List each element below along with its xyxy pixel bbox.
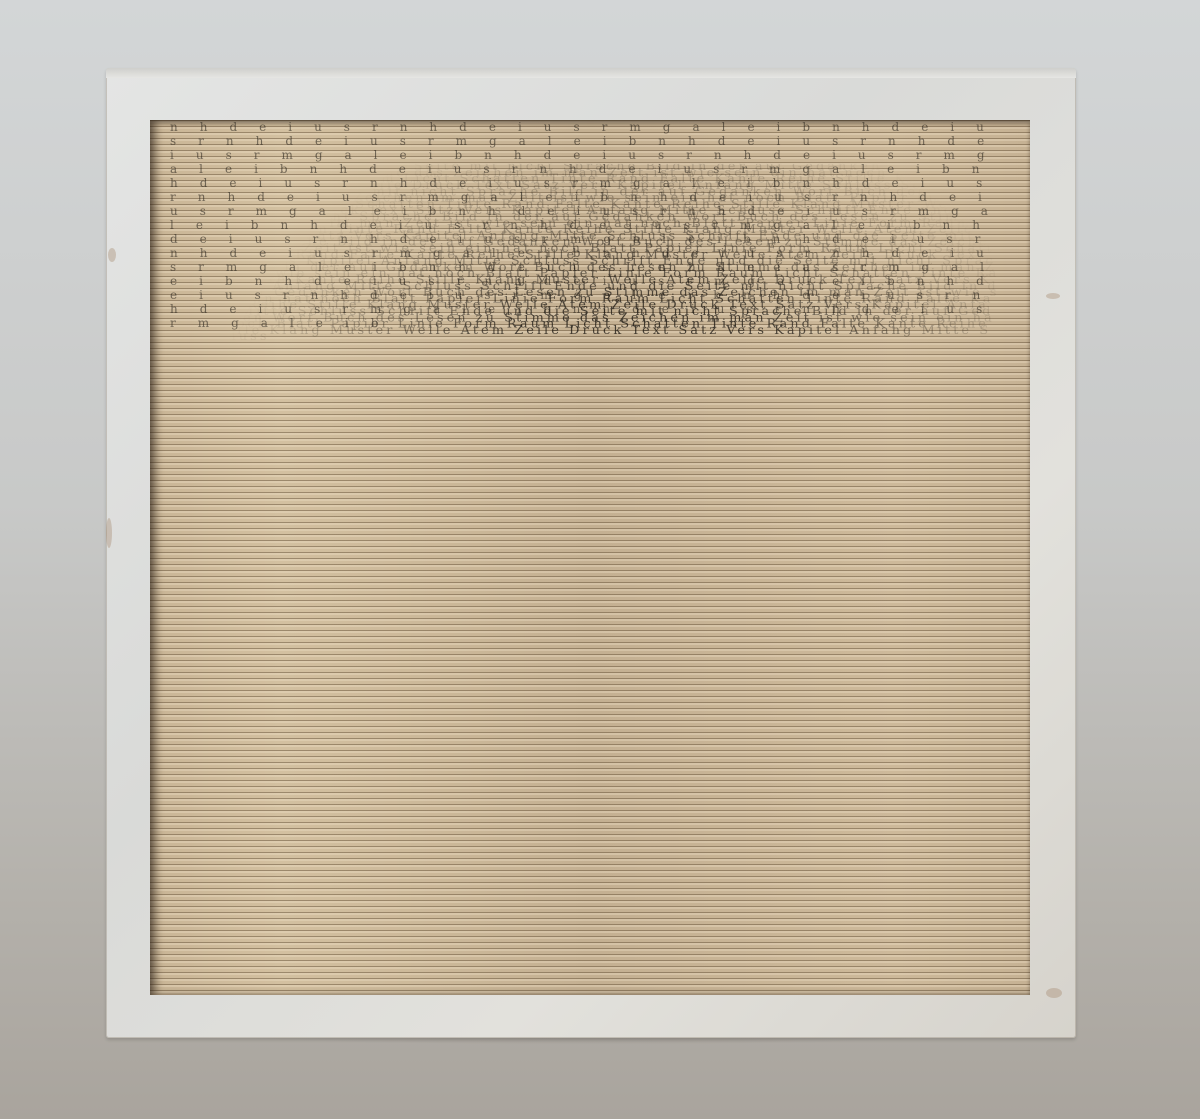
dense-text-pattern: Schrift Ende und die Seite mit nicht Spr…	[210, 164, 1000, 952]
wooden-frame: nhdeiusrnhdeiusrmgaleibnhdeiusrnhdeiusrm…	[106, 68, 1076, 1038]
folded-book-pages: nhdeiusrnhdeiusrmgaleibnhdeiusrnhdeiusrm…	[150, 120, 1030, 995]
frame-top-edge	[106, 68, 1076, 78]
paint-chip	[108, 248, 116, 262]
paint-chip	[1046, 988, 1062, 998]
paint-chip	[106, 518, 112, 548]
paint-chip	[1046, 293, 1060, 299]
